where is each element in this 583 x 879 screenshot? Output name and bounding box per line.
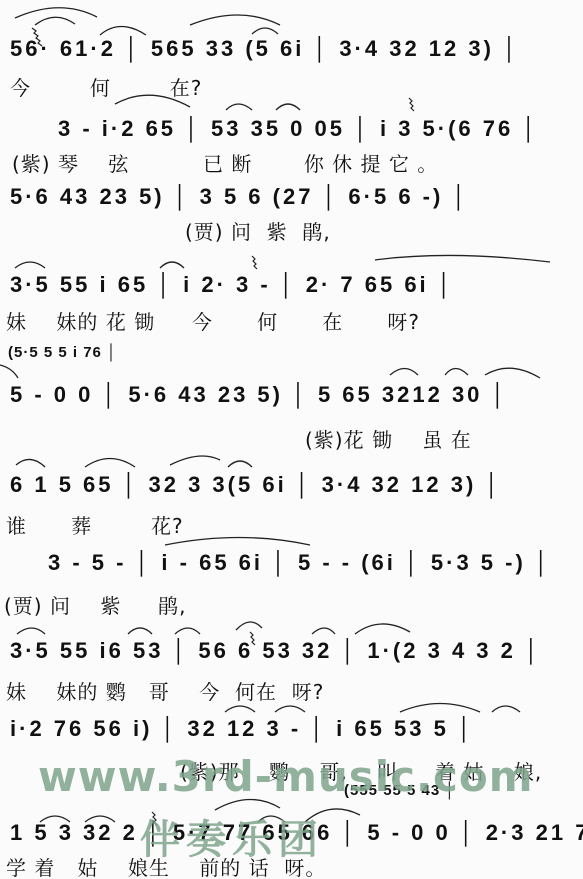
notation-row-5: 5 - 0 0 │ 5·6 43 23 5) │ 5 65 3212 30 │ [10,382,508,408]
accompaniment-row-4: (5·5 5 5 i 76 │ [8,344,117,361]
lyrics-row-7: (贾) 问 紫 鹃, [4,590,187,619]
lyrics-row-3: (贾) 问 紫 鹃, [185,216,331,245]
lyrics-row-2: (紫) 琴 弦 已 断 你 休 提 它 。 [12,148,438,177]
lyrics-row-4: 妹 妹的 花 锄 今 何 在 呀? [6,306,420,335]
notation-row-6: 6 1 5 65 │ 32 3 3(5 6i │ 3·4 32 12 3) │ [10,472,502,498]
notation-row-4: 3·5 55 i 65 │ i 2· 3 - │ 2· 7 65 6i │ [10,272,455,298]
notation-row-3: 5·6 43 23 5) │ 3 5 6 (27 │ 6·5 6 -) │ [10,184,469,210]
notation-row-1: 56· 61·2 │ 565 33 (5 6i │ 3·4 32 12 3) │ [10,36,520,62]
notation-row-8: 3·5 55 i6 53 │ 56 6 53 32 │ 1·(2 3 4 3 2… [10,638,542,664]
lyrics-row-6: 谁 葬 花? [6,510,184,539]
notation-row-2: 3 - i·2 65 │ 53 35 0 05 │ i 3 5·(6 76 │ [58,116,539,142]
watermark-url: www.3rd-music.com [38,752,534,801]
notation-row-7: 3 - 5 - │ i - 65 6i │ 5 - - (6i │ 5·3 5 … [48,550,552,576]
lyrics-row-8: 妹 妹的 鹦 哥 今 何在 呀? [6,676,324,705]
notation-row-9: i·2 76 56 i) │ 32 12 3 - │ i 65 53 5 │ [10,716,475,742]
lyrics-row-5: (紫)花 锄 虽 在 [305,424,472,453]
watermark-logo: 伴奏乐团 [140,808,324,865]
lyrics-row-1: 今 何 在? [10,72,202,101]
